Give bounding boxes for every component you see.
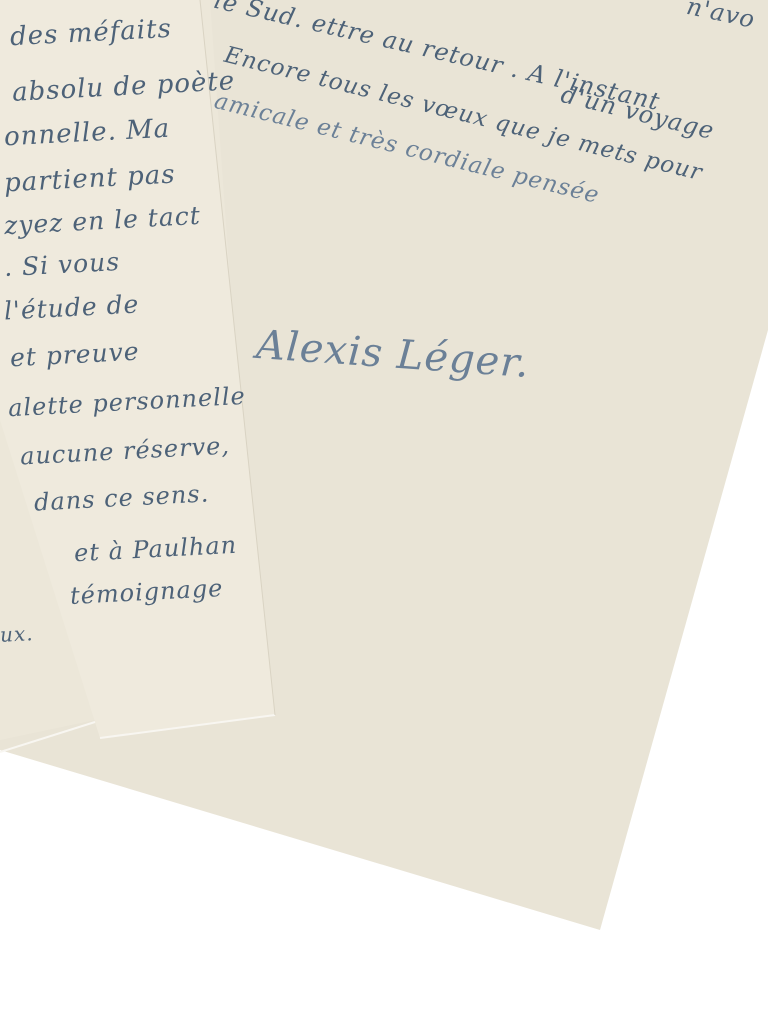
left-line-6: . Si vous xyxy=(3,247,120,282)
letter-photo: des méfaits absolu de poète onnelle. Ma … xyxy=(0,0,768,1024)
left-line-14: ux. xyxy=(0,621,34,647)
